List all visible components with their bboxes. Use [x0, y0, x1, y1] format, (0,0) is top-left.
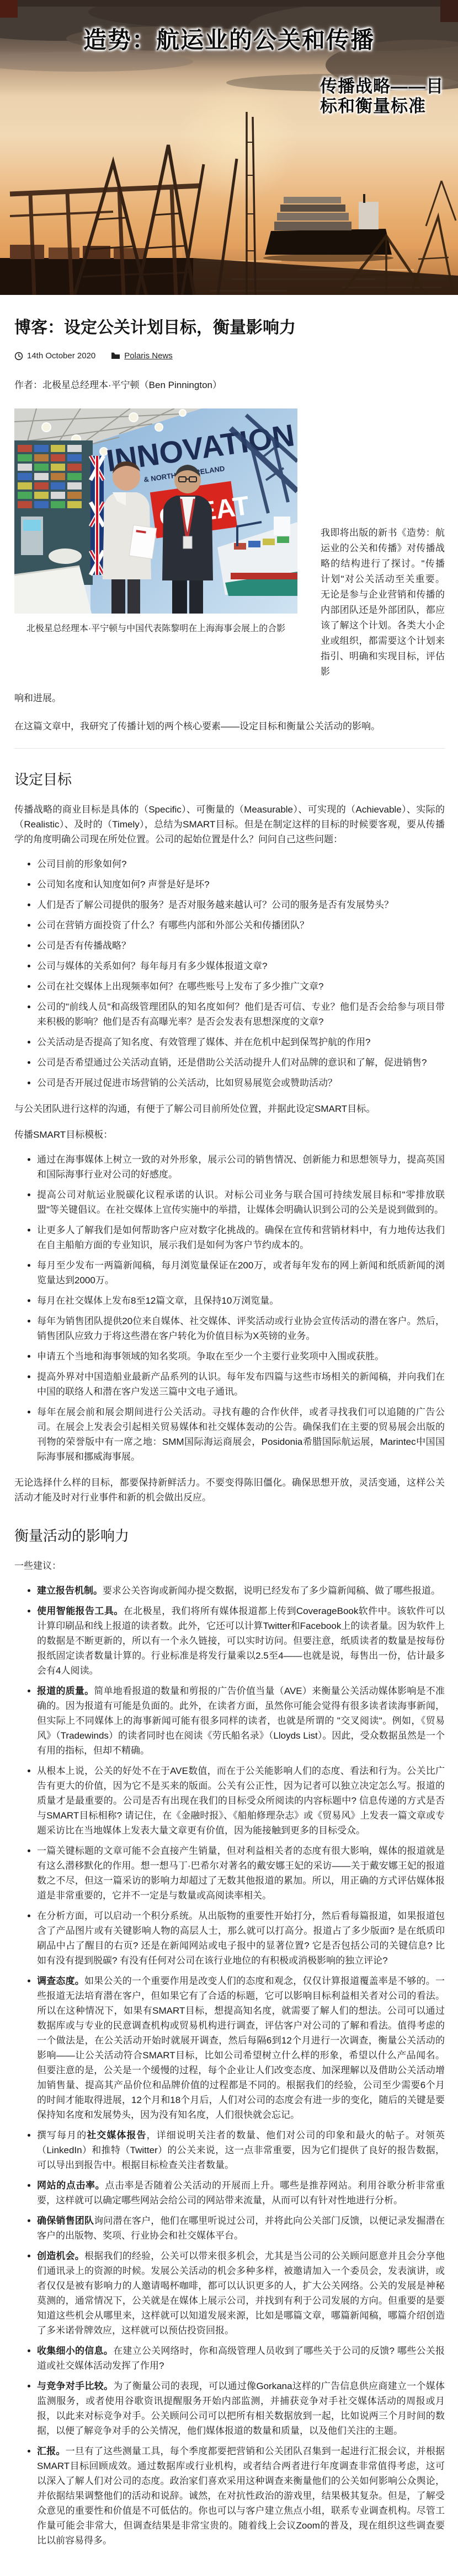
list-item: 公司与媒体的关系如何？每年每月有多少媒体报道文章?	[37, 959, 445, 974]
intro-paragraph-continued: 响和进展。	[14, 691, 445, 706]
question-list: 公司目前的形象如何?公司知名度和认知度如何? 声誉是好是坏?人们是否了解公司提供…	[14, 857, 445, 1090]
list-item: 公司的"前线人员"和高级管理团队的知名度如何？他们是否可信、专业？他们是否会给参…	[37, 999, 445, 1029]
list-item: 每月至少发布一两篇新闻稿，每月浏览量保证在200万，或者每年发布的网上新闻和纸质…	[37, 1258, 445, 1288]
hero-title: 造势：航运业的公关和传播	[0, 22, 458, 55]
post-meta: 14th October 2020 Polaris News	[14, 351, 445, 361]
list-item: 一篇关键标题的文章可能不会直接产生销量，但对利益相关者的态度有很大影响，媒体的报…	[37, 1843, 445, 1903]
list-item: 提高外界对中国造船业最新产品系列的认识。每年发布四篇与这些市场相关的新闻稿，并向…	[37, 1369, 445, 1399]
clock-icon	[14, 352, 23, 361]
blog-page: 造势：航运业的公关和传播 传播战略——目 标和衡量标准 博客：设定公关计划目标，…	[0, 0, 458, 2567]
list-item: 收集细小的信息。在建立公关网络时，你和高级管理人员收到了哪些关于公司的反馈? 哪…	[37, 2343, 445, 2373]
list-item: 每年为销售团队提供20位来自媒体、社交媒体、评奖活动或行业协会宣传活动的潜在客户…	[37, 1314, 445, 1343]
goals-lead-paragraph: 传播战略的商业目标是具体的（Specific）、可衡量的（Measurable）…	[14, 802, 445, 847]
list-item: 使用智能报告工具。在北极星，我们将所有媒体报道都上传到CoverageBook软…	[37, 1604, 445, 1678]
list-item: 在分析方面，可以启动一个积分系统。从出版物的重要性开始打分，然后看每篇报道，如果…	[37, 1908, 445, 1968]
union-jack	[90, 456, 104, 575]
suggestion-list: 建立报告机制。要求公关咨询或新闻办提交数据，说明已经发布了多少篇新闻稿、做了哪些…	[14, 1583, 445, 2548]
list-item: 公司是否有传播战略？	[37, 938, 445, 953]
list-item: 公司在社交媒体上出现频率如何？在哪些账号上发布了多少推广文章?	[37, 979, 445, 994]
photo-caption: 北极星总经理本·平宁顿与中国代表陈黎明在上海海事会展上的合影	[14, 621, 297, 634]
list-item: 提高公司对航运业脱碳化议程承诺的认识。对标公司业务与联合国可持续发展目标和"零排…	[37, 1187, 445, 1217]
list-item: 通过在海事媒体上树立一致的对外形象，展示公司的销售情况、创新能力和思想领导力，提…	[37, 1152, 445, 1182]
article-content: 博客：设定公关计划目标，衡量影响力 14th October 2020 Pola…	[0, 314, 458, 2567]
containers-wall	[14, 440, 93, 585]
intro-paragraph-closing: 在这篇文章中，我研究了传播计划的两个核心要素——设定目标和衡量公关活动的影响。	[14, 719, 445, 734]
list-item: 人们是否了解公司提供的服务？是否对服务越来越认可？公司的服务是否有发展势头？	[37, 897, 445, 912]
section-heading-goals: 设定目标	[14, 768, 445, 789]
list-item: 调查态度。如果公关的一个重要作用是改变人们的态度和观念，仅仅计算报道覆盖率是不够…	[37, 1973, 445, 2122]
smart-template-label: 传播SMART目标模板：	[14, 1127, 445, 1142]
list-item: 公司是否开展过促进市场营销的公关活动，比如贸易展览会或赞助活动？	[37, 1075, 445, 1090]
list-item: 公关活动是否提高了知名度、有效管理了媒体、并在危机中起到保驾护航的作用?	[37, 1035, 445, 1050]
list-item: 公司目前的形象如何?	[37, 857, 445, 872]
list-item: 每月在社交媒体上发布8至12篇文章，且保持10万浏览量。	[37, 1293, 445, 1308]
list-item: 创造机会。根据我们的经验，公关可以带来很多机会，尤其是当公司的公关顾问愿意并且会…	[37, 2249, 445, 2338]
after-questions-paragraph: 与公关团队进行这样的沟通，有便于了解公司目前所处位置，并据此设定SMART目标。	[14, 1101, 445, 1116]
list-item: 撰写每月的社交媒体报告，详细说明关注者的数量、他们对公司的印象和最火的帖子。对领…	[37, 2128, 445, 2172]
smart-goal-list: 通过在海事媒体上树立一致的对外形象，展示公司的销售情况、创新能力和思想领导力，提…	[14, 1152, 445, 1464]
post-category-item: Polaris News	[111, 351, 173, 361]
list-item: 让更多人了解我们是如何帮助客户应对数字化挑战的。确保在宣传和营销材料中，有力地传…	[37, 1223, 445, 1252]
list-item: 公司在营销方面投资了什么？有哪些内部和外部公关和传播团队？	[37, 918, 445, 933]
intro-paragraph-beside-photo: 我即将出版的新书《造势：航运业的公关和传播》对传播战略的结构进行了探讨。"传播计…	[321, 408, 445, 680]
hero-subtitle-line1: 传播战略——目	[320, 77, 444, 96]
post-date: 14th October 2020	[27, 351, 95, 361]
section-heading-measure: 衡量活动的影响力	[14, 1525, 445, 1545]
article-photo-figure: INNOVATION & NORTHERN IRELAND IS GREAT	[14, 408, 297, 680]
list-item: 确保销售团队询问潜在客户，他们在哪里听说过公司，并将此向公关部门反馈，以便记录发…	[37, 2213, 445, 2243]
list-item: 从根本上说，公关的好处不在于AVE数值，而在于公关能影响人们的态度、看法和行为。…	[37, 1763, 445, 1838]
list-item: 公司知名度和认知度如何? 声誉是好是坏?	[37, 877, 445, 892]
list-item: 与竞争对手比较。为了衡量公司的表现，可以通过像Gorkana这样的广告信息供应商…	[37, 2379, 445, 2438]
list-item: 网站的点击率。点击率是否随着公关活动的开展而上升。哪些是推荐网站。利用谷歌分析非…	[37, 2178, 445, 2208]
author-line: 作者：北极星总经理本·平宁顿（Ben Pinnington）	[14, 377, 445, 391]
hero-subtitle-line2: 标和衡量标准	[320, 96, 444, 116]
list-item: 报道的质量。简单地看报道的数量和剪报的广告价值当量（AVE）来衡量公关活动媒体影…	[37, 1684, 445, 1758]
list-item: 每年在展会前和展会期间进行公关活动。寻找有趣的合作伙伴，或者寻找我们可以追随的广…	[37, 1405, 445, 1464]
goals-closing-paragraph: 无论选择什么样的目标，都要保持新鲜活力。不要变得陈旧僵化。确保思想开放，灵活变通…	[14, 1475, 445, 1505]
category-link[interactable]: Polaris News	[124, 351, 173, 361]
list-item: 建立报告机制。要求公关咨询或新闻办提交数据，说明已经发布了多少篇新闻稿、做了哪些…	[37, 1583, 445, 1598]
post-title: 博客：设定公关计划目标，衡量影响力	[14, 314, 445, 338]
hero-image: 造势：航运业的公关和传播 传播战略——目 标和衡量标准	[0, 0, 458, 295]
post-date-item: 14th October 2020	[14, 351, 95, 361]
list-item: 申请五个当地和海事领域的知名奖项。争取在至少一个主要行业奖项中入围或获胜。	[37, 1349, 445, 1364]
list-item: 汇报。一旦有了这些测量工具，每个季度都要把营销和公关团队召集到一起进行汇报会议，…	[37, 2444, 445, 2548]
booth-photo: INNOVATION & NORTHERN IRELAND IS GREAT	[14, 408, 297, 614]
list-item: 公司是否希望通过公关活动直销，还是借助公关活动提升人们对品牌的意识和了解，促进销…	[37, 1055, 445, 1070]
folder-icon	[111, 352, 120, 360]
intro-row: INNOVATION & NORTHERN IRELAND IS GREAT	[14, 408, 445, 680]
divider	[14, 748, 445, 749]
measure-lead: 一些建议：	[14, 1558, 445, 1573]
hero-subtitle: 传播战略——目 标和衡量标准	[320, 77, 444, 116]
